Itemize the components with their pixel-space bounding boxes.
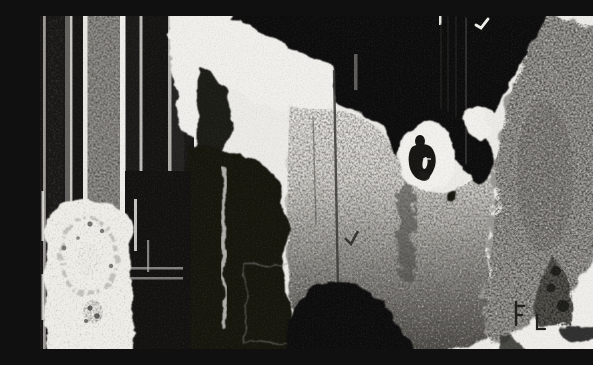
- photo-canvas: [40, 16, 593, 349]
- film-grain-light: [40, 16, 593, 349]
- photograph: [40, 16, 593, 349]
